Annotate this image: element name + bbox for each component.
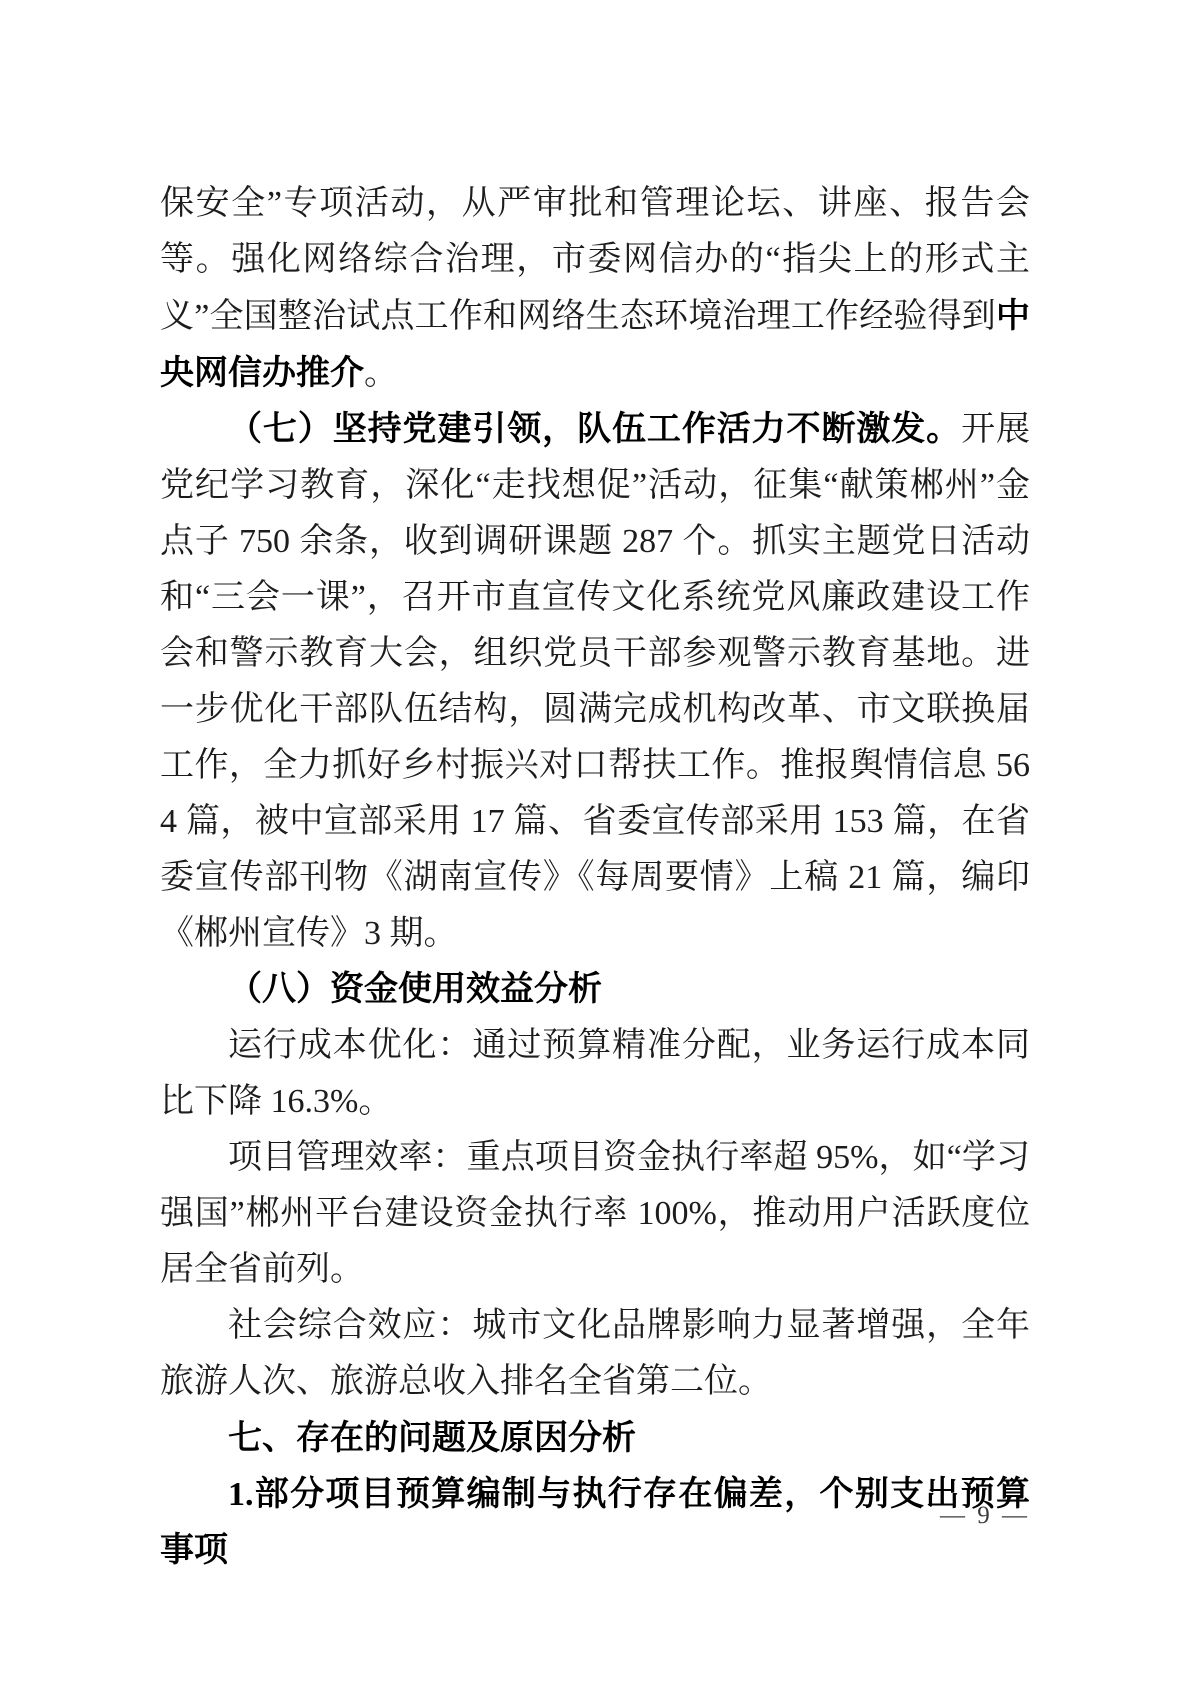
paragraph-project-management: 项目管理效率：重点项目资金执行率超 95%，如“学习强国”郴州平台建设资金执行率…	[160, 1130, 1030, 1298]
body-text: 运行成本优化：通过预算精准分配，业务运行成本同比下降 16.3%。	[160, 1027, 1030, 1120]
subsection-heading: （八）资金使用效益分析	[228, 971, 602, 1008]
paragraph-operating-cost: 运行成本优化：通过预算精准分配，业务运行成本同比下降 16.3%。	[160, 1018, 1030, 1130]
body-text: 。	[364, 355, 398, 392]
body-text: 开展党纪学习教育，深化“走找想促”活动，征集“献策郴州”金点子 750 余条，收…	[160, 411, 1030, 952]
paragraph-section-7: （七）坚持党建引领，队伍工作活力不断激发。开展党纪学习教育，深化“走找想促”活动…	[160, 402, 1030, 962]
body-text: 社会综合效应：城市文化品牌影响力显著增强，全年旅游人次、旅游总收入排名全省第二位…	[160, 1307, 1030, 1400]
paragraph-social-effect: 社会综合效应：城市文化品牌影响力显著增强，全年旅游人次、旅游总收入排名全省第二位…	[160, 1298, 1030, 1410]
document-body: 保安全”专项活动，从严审批和管理论坛、讲座、报告会等。强化网络综合治理，市委网信…	[160, 176, 1030, 1579]
chapter-heading-7: 七、存在的问题及原因分析	[160, 1410, 1030, 1467]
subsection-heading-8: （八）资金使用效益分析	[160, 962, 1030, 1018]
body-text: 保安全”专项活动，从严审批和管理论坛、讲座、报告会等。强化网络综合治理，市委网信…	[160, 185, 1030, 335]
chapter-heading: 七、存在的问题及原因分析	[228, 1419, 636, 1457]
body-text: 项目管理效率：重点项目资金执行率超 95%，如“学习强国”郴州平台建设资金执行率…	[160, 1139, 1030, 1288]
paragraph-continuation: 保安全”专项活动，从严审批和管理论坛、讲座、报告会等。强化网络综合治理，市委网信…	[160, 176, 1030, 402]
page-footer: — 9 —	[160, 1502, 1030, 1530]
page-number: — 9 —	[940, 1502, 1030, 1529]
subsection-heading: （七）坚持党建引领，队伍工作活力不断激发。	[228, 411, 961, 448]
document-page: 保安全”专项活动，从严审批和管理论坛、讲座、报告会等。强化网络综合治理，市委网信…	[0, 0, 1190, 1683]
